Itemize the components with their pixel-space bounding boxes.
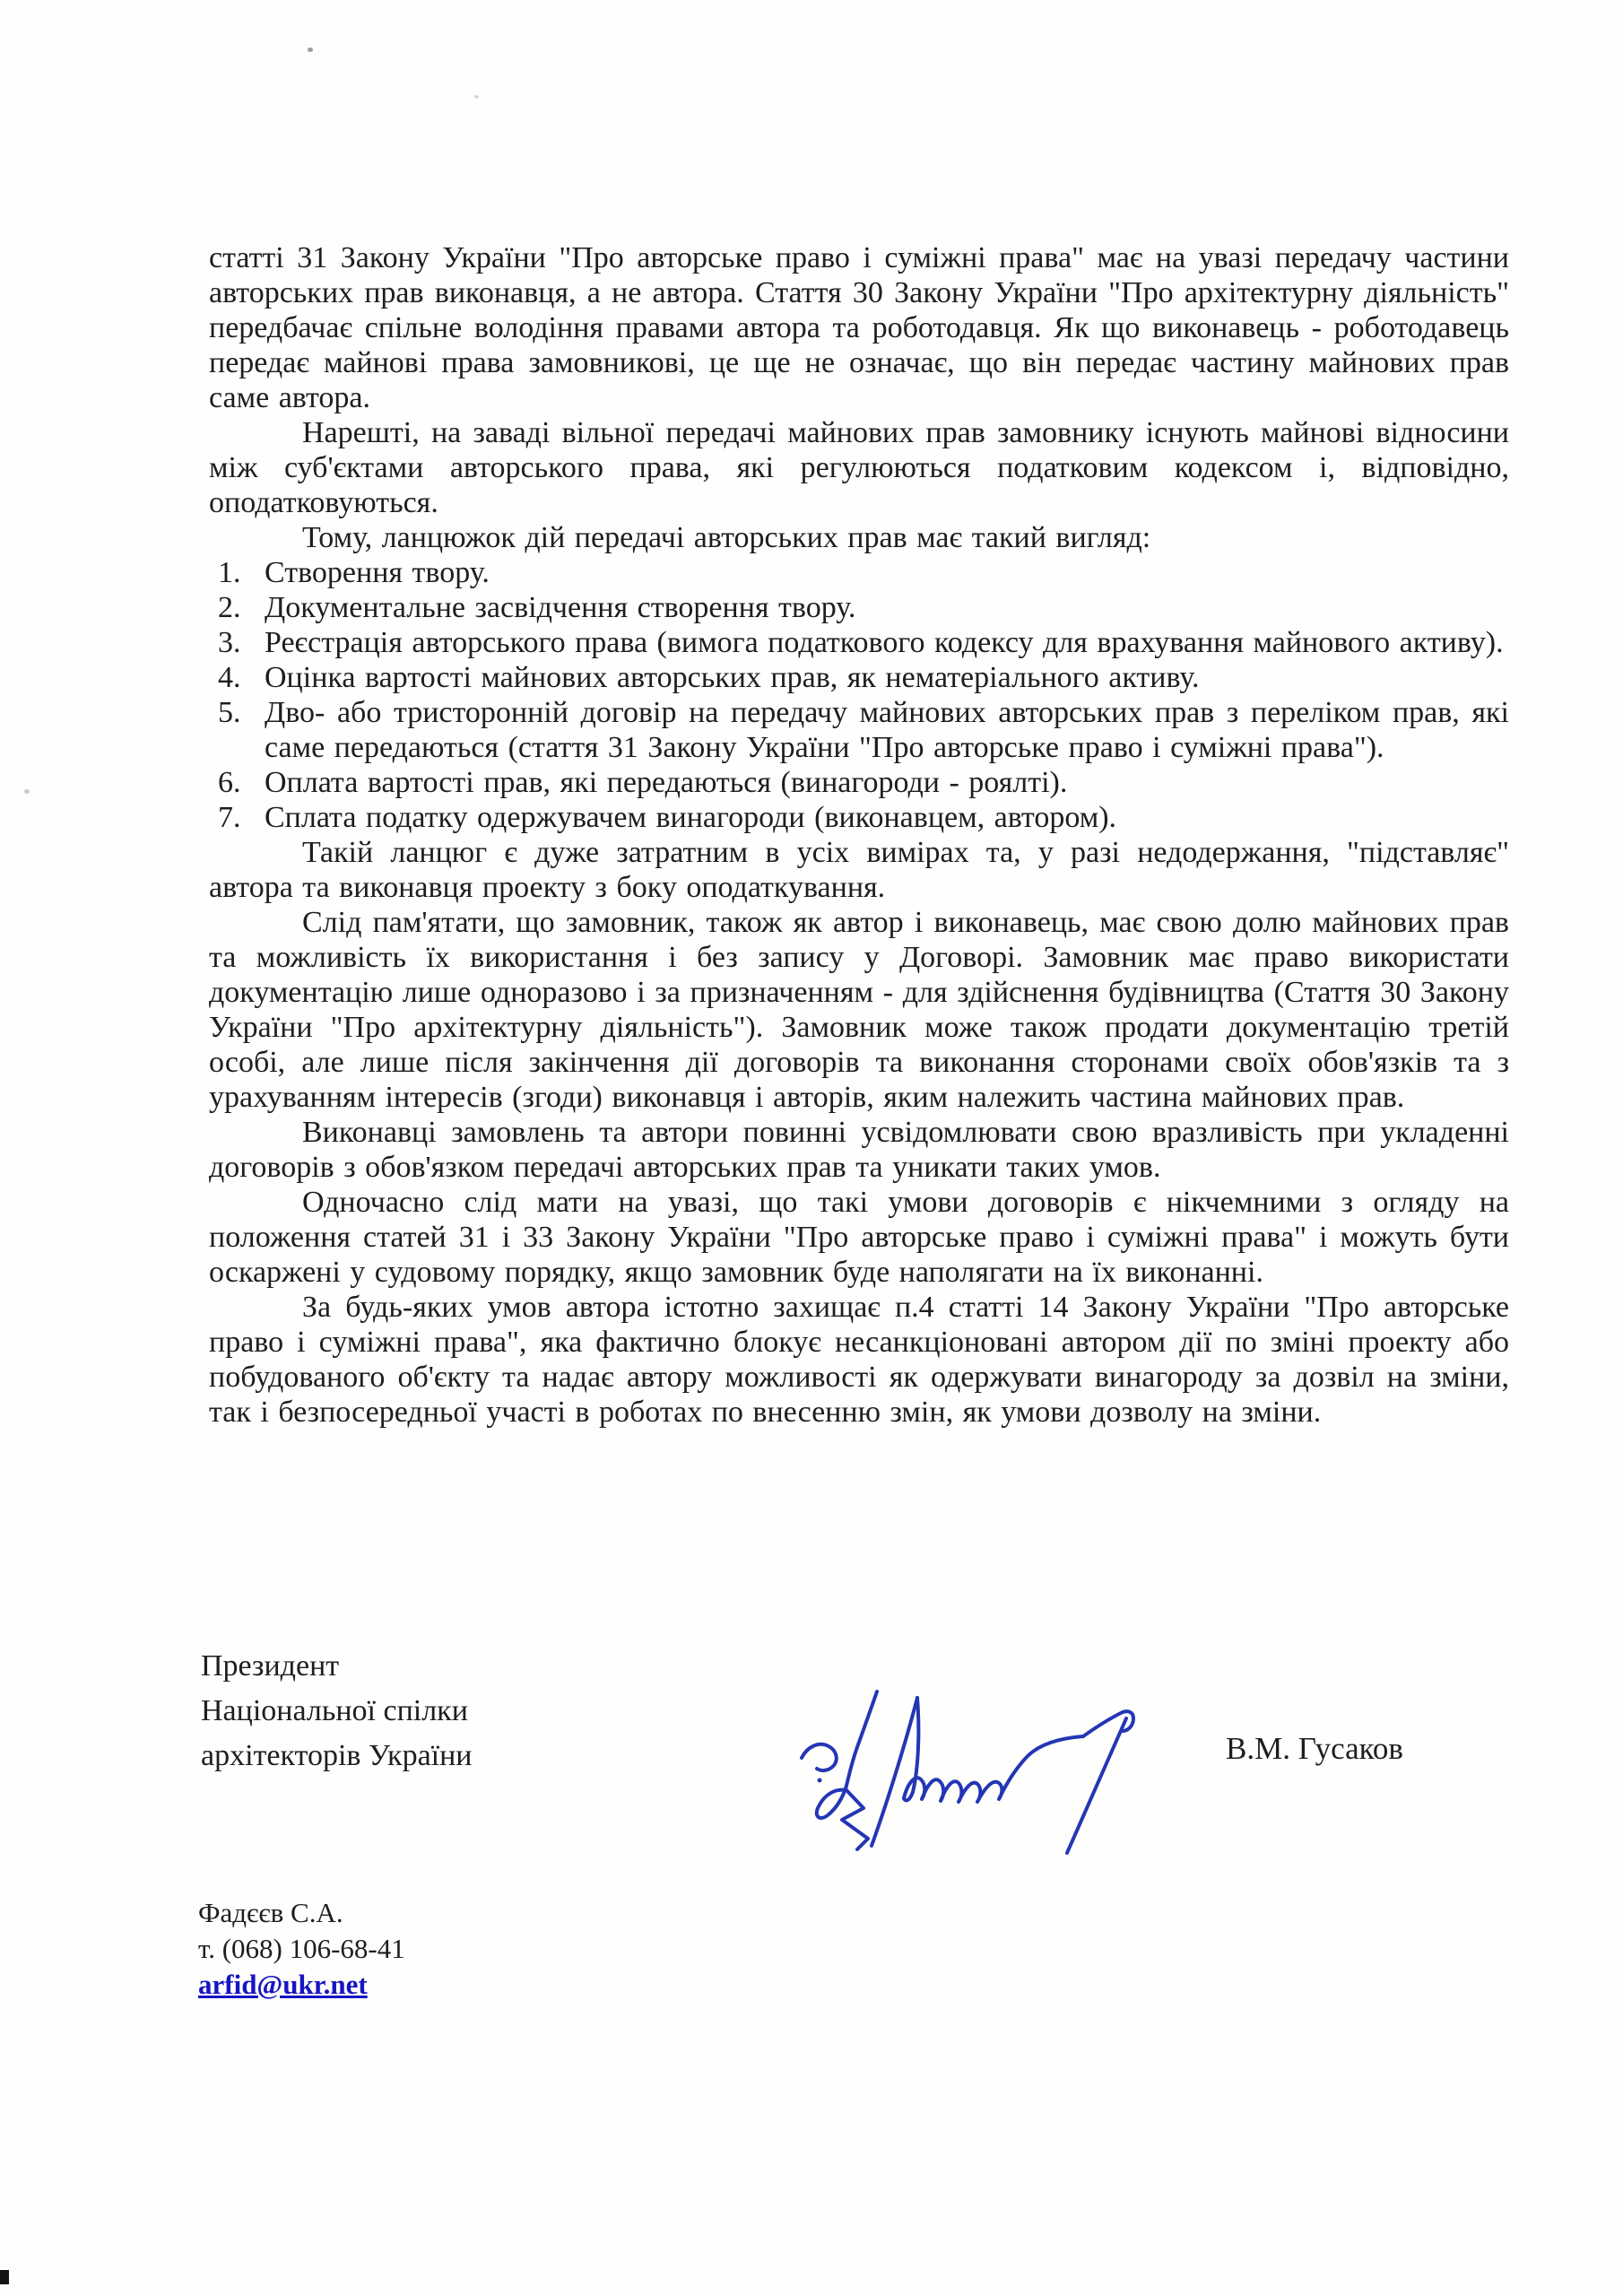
- signer-name: В.М. Гусаков: [1226, 1731, 1403, 1767]
- list-item: 3. Реєстрація авторського права (вимога …: [209, 625, 1509, 660]
- handwritten-signature-icon: [771, 1657, 1202, 1873]
- scan-speck: [308, 48, 313, 52]
- list-item-text: Створення твору.: [265, 555, 1509, 590]
- scan-artifact-mark: [0, 2270, 9, 2284]
- list-item: 2. Документальне засвідчення створення т…: [209, 590, 1509, 625]
- list-item-number: 6.: [209, 765, 265, 800]
- email-link[interactable]: arfid@ukr.net: [198, 1969, 368, 2000]
- signer-title-line: Президент: [201, 1644, 473, 1689]
- list-item-text: Реєстрація авторського права (вимога под…: [265, 625, 1509, 660]
- scan-speck: [24, 789, 30, 794]
- paragraph: Виконавці замовлень та автори повинні ус…: [209, 1115, 1509, 1185]
- paragraph: Такій ланцюг є дуже затратним в усіх вим…: [209, 835, 1509, 905]
- signer-title: Президент Національної спілки архітектор…: [201, 1644, 473, 1779]
- list-item-number: 2.: [209, 590, 265, 625]
- signer-title-line: Національної спілки: [201, 1689, 473, 1734]
- contact-phone: т. (068) 106-68-41: [198, 1931, 405, 1967]
- list-item: 4. Оцінка вартості майнових авторських п…: [209, 660, 1509, 695]
- list-item-number: 5.: [209, 695, 265, 765]
- paragraph-continuation: статті 31 Закону України "Про авторське …: [209, 240, 1509, 415]
- list-item: 6. Оплата вартості прав, які передаються…: [209, 765, 1509, 800]
- letter-body: статті 31 Закону України "Про авторське …: [209, 240, 1509, 1430]
- list-item-number: 7.: [209, 800, 265, 835]
- list-item-number: 4.: [209, 660, 265, 695]
- signer-title-line: архітекторів України: [201, 1734, 473, 1779]
- list-item: 7. Сплата податку одержувачем винагороди…: [209, 800, 1509, 835]
- list-item: 1. Створення твору.: [209, 555, 1509, 590]
- list-item-text: Сплата податку одержувачем винагороди (в…: [265, 800, 1509, 835]
- scanned-letter-page: статті 31 Закону України "Про авторське …: [0, 0, 1623, 2296]
- paragraph: Нарешті, на заваді вільної передачі майн…: [209, 415, 1509, 520]
- paragraph: За будь-яких умов автора істотно захищає…: [209, 1290, 1509, 1430]
- scan-speck: [474, 95, 479, 99]
- paragraph: Одночасно слід мати на увазі, що такі ум…: [209, 1185, 1509, 1290]
- list-item-text: Документальне засвідчення створення твор…: [265, 590, 1509, 625]
- numbered-list: 1. Створення твору. 2. Документальне зас…: [209, 555, 1509, 835]
- list-item: 5. Дво- або тристоронній договір на пере…: [209, 695, 1509, 765]
- list-item-number: 1.: [209, 555, 265, 590]
- contact-name: Фадєєв С.А.: [198, 1895, 405, 1931]
- paragraph-list-lead: Тому, ланцюжок дій передачі авторських п…: [209, 520, 1509, 555]
- list-item-text: Оцінка вартості майнових авторських прав…: [265, 660, 1509, 695]
- list-item-text: Дво- або тристоронній договір на передач…: [265, 695, 1509, 765]
- contact-block: Фадєєв С.А. т. (068) 106-68-41 arfid@ukr…: [198, 1895, 405, 2003]
- contact-email-row: arfid@ukr.net: [198, 1967, 405, 2003]
- list-item-text: Оплата вартості прав, які передаються (в…: [265, 765, 1509, 800]
- list-item-number: 3.: [209, 625, 265, 660]
- paragraph: Слід пам'ятати, що замовник, також як ав…: [209, 905, 1509, 1115]
